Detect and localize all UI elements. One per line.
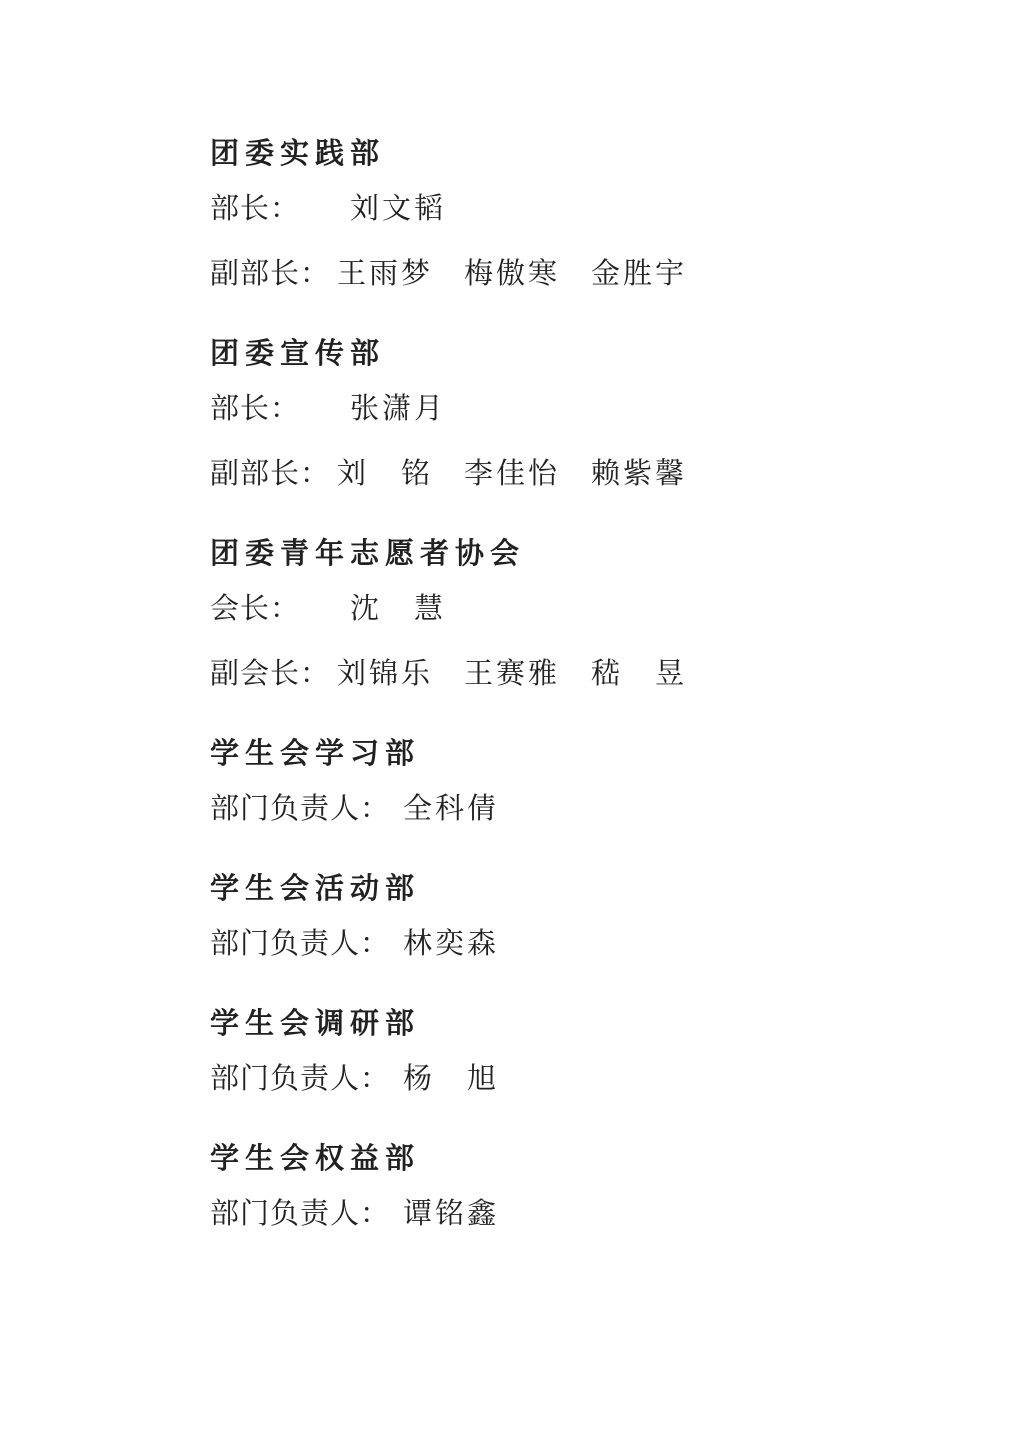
- member-name: 赖紫馨: [591, 457, 691, 491]
- role-row: 部门负责人：全科倩: [210, 792, 974, 826]
- member-name: 李佳怡: [464, 457, 564, 491]
- role-label: 部门负责人：: [210, 1197, 403, 1231]
- role-row: 部门负责人：谭铭鑫: [210, 1197, 974, 1231]
- member-name: 林奕森: [403, 927, 503, 961]
- role-label: 副部长：: [210, 257, 337, 291]
- member-name: 刘锦乐: [337, 657, 437, 691]
- member-name: 张潇月: [350, 392, 450, 426]
- member-name: 王赛雅: [464, 657, 564, 691]
- role-label: 副会长：: [210, 657, 337, 691]
- role-row: 副部长：王雨梦梅傲寒金胜宇: [210, 257, 974, 291]
- role-label: 部门负责人：: [210, 792, 403, 826]
- role-row: 会长：沈 慧: [210, 592, 974, 626]
- section-title: 团委实践部: [210, 137, 974, 171]
- role-label: 部长：: [210, 392, 350, 426]
- org-section: 团委实践部部长：刘文韬副部长：王雨梦梅傲寒金胜宇: [210, 137, 974, 291]
- role-row: 部长：刘文韬: [210, 192, 974, 226]
- role-label: 副部长：: [210, 457, 337, 491]
- member-name: 金胜宇: [591, 257, 691, 291]
- role-label: 部长：: [210, 192, 350, 226]
- role-label: 部门负责人：: [210, 927, 403, 961]
- role-row: 部门负责人：林奕森: [210, 927, 974, 961]
- org-section: 学生会活动部部门负责人：林奕森: [210, 872, 974, 961]
- role-label: 会长：: [210, 592, 350, 626]
- role-row: 副会长：刘锦乐王赛雅嵇 昱: [210, 657, 974, 691]
- member-name: 嵇 昱: [591, 657, 691, 691]
- section-title: 团委宣传部: [210, 337, 974, 371]
- org-section: 学生会学习部部门负责人：全科倩: [210, 737, 974, 826]
- section-title: 学生会学习部: [210, 737, 974, 771]
- org-section: 团委青年志愿者协会会长：沈 慧副会长：刘锦乐王赛雅嵇 昱: [210, 537, 974, 691]
- role-row: 部长：张潇月: [210, 392, 974, 426]
- section-title: 团委青年志愿者协会: [210, 537, 974, 571]
- section-title: 学生会权益部: [210, 1142, 974, 1176]
- member-name: 沈 慧: [350, 592, 450, 626]
- section-title: 学生会调研部: [210, 1007, 974, 1041]
- org-section: 学生会权益部部门负责人：谭铭鑫: [210, 1142, 974, 1231]
- document-content: 团委实践部部长：刘文韬副部长：王雨梦梅傲寒金胜宇团委宣传部部长：张潇月副部长：刘…: [210, 137, 974, 1231]
- org-section: 团委宣传部部长：张潇月副部长：刘 铭李佳怡赖紫馨: [210, 337, 974, 491]
- member-name: 谭铭鑫: [403, 1197, 503, 1231]
- role-row: 部门负责人：杨 旭: [210, 1062, 974, 1096]
- org-section: 学生会调研部部门负责人：杨 旭: [210, 1007, 974, 1096]
- member-name: 刘 铭: [337, 457, 437, 491]
- member-name: 梅傲寒: [464, 257, 564, 291]
- member-name: 王雨梦: [337, 257, 437, 291]
- role-row: 副部长：刘 铭李佳怡赖紫馨: [210, 457, 974, 491]
- member-name: 杨 旭: [403, 1062, 503, 1096]
- document-page: 团委实践部部长：刘文韬副部长：王雨梦梅傲寒金胜宇团委宣传部部长：张潇月副部长：刘…: [0, 0, 1024, 1448]
- section-title: 学生会活动部: [210, 872, 974, 906]
- member-name: 全科倩: [403, 792, 503, 826]
- role-label: 部门负责人：: [210, 1062, 403, 1096]
- member-name: 刘文韬: [350, 192, 450, 226]
